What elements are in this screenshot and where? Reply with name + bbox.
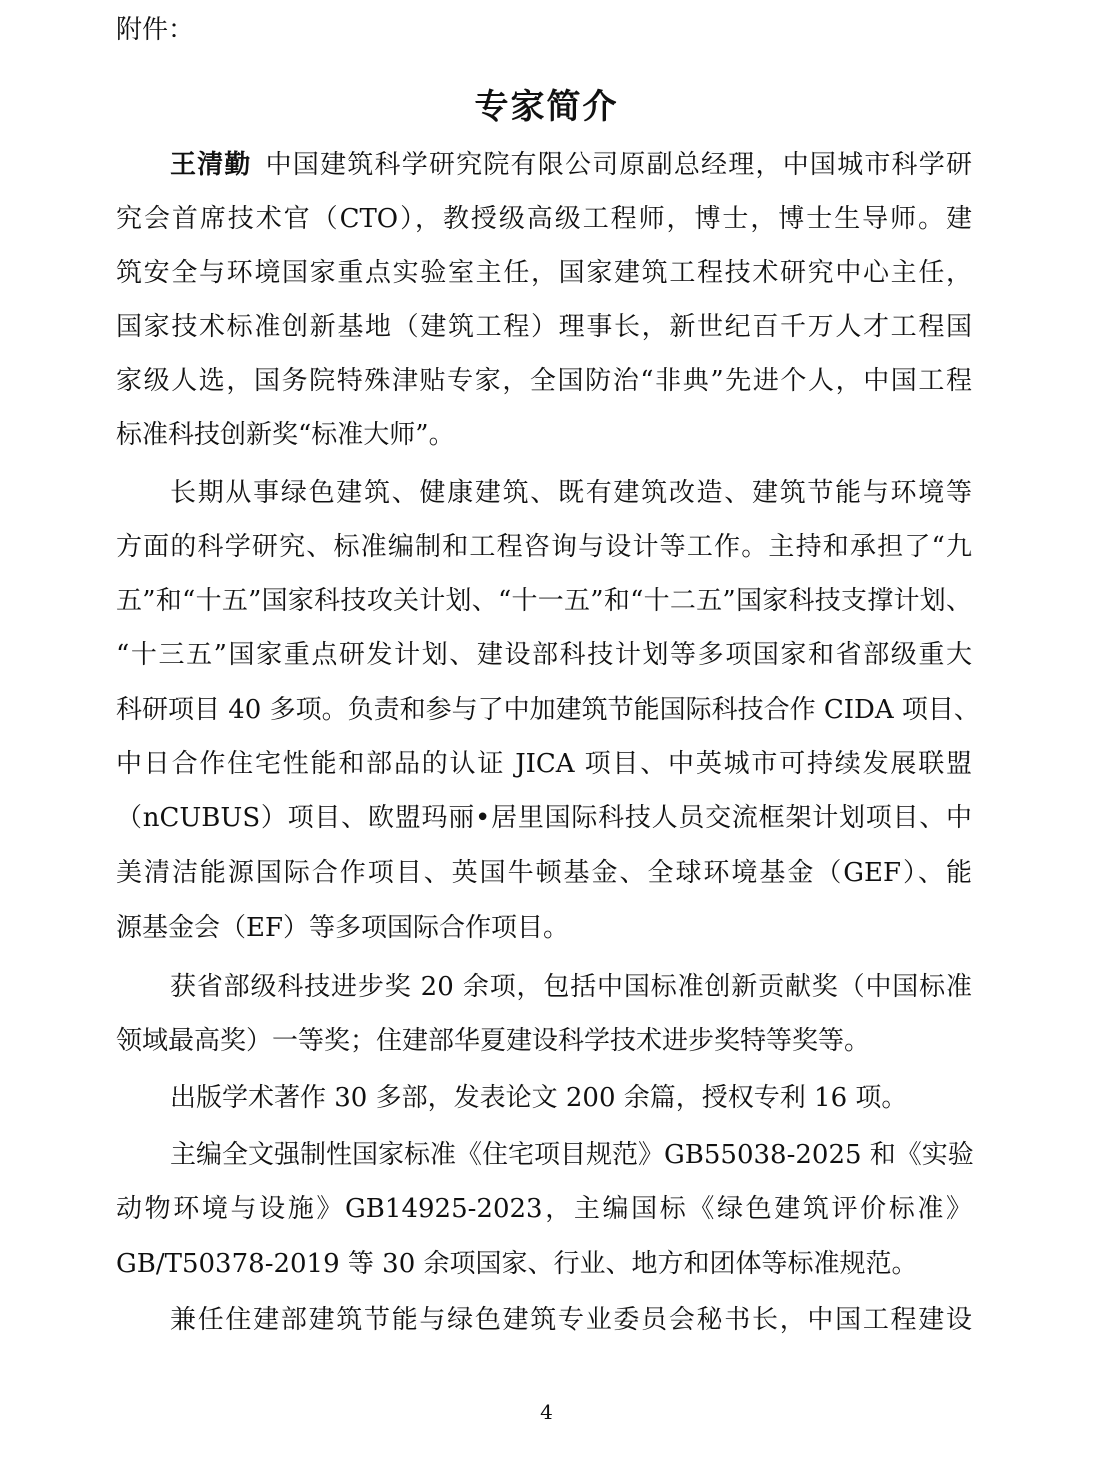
text-line: 领域最高奖）一等奖；住建部华夏建设科学技术进步奖特等奖等。 — [116, 1025, 972, 1057]
text-line: 究会首席技术官（CTO），教授级高级工程师，博士，博士生导师。建 — [116, 203, 972, 235]
text-line: 源基金会（EF）等多项国际合作项目。 — [116, 912, 972, 944]
text-line: 中日合作住宅性能和部品的认证 JICA 项目、中英城市可持续发展联盟 — [116, 748, 972, 780]
text-line: “十三五”国家重点研发计划、建设部科技计划等多项国家和省部级重大 — [116, 639, 972, 671]
text-line: 动物环境与设施》GB14925-2023，主编国标《绿色建筑评价标准》 — [116, 1193, 972, 1225]
text-line: 筑安全与环境国家重点实验室主任，国家建筑工程技术研究中心主任， — [116, 257, 972, 289]
text-line: 兼任住建部建筑节能与绿色建筑专业委员会秘书长，中国工程建设 — [170, 1304, 972, 1336]
page-number: 4 — [0, 1400, 1093, 1424]
text-line: 家级人选，国务院特殊津贴专家，全国防治“非典”先进个人，中国工程 — [116, 365, 972, 397]
text-line: 王清勤中国建筑科学研究院有限公司原副总经理，中国城市科学研 — [170, 149, 972, 181]
text-line: 国家技术标准创新基地（建筑工程）理事长，新世纪百千万人才工程国 — [116, 311, 972, 343]
text-line: 获省部级科技进步奖 20 余项，包括中国标准创新贡献奖（中国标准 — [170, 971, 972, 1003]
text-line: 方面的科学研究、标准编制和工程咨询与设计等工作。主持和承担了“九 — [116, 531, 972, 563]
text-line: 科研项目 40 多项。负责和参与了中加建筑节能国际科技合作 CIDA 项目、 — [116, 694, 972, 726]
text-line: （nCUBUS）项目、欧盟玛丽•居里国际科技人员交流框架计划项目、中 — [116, 802, 972, 834]
text-line: 主编全文强制性国家标准《住宅项目规范》GB55038-2025 和《实验 — [170, 1139, 972, 1171]
text-line: 五”和“十五”国家科技攻关计划、“十一五”和“十二五”国家科技支撑计划、 — [116, 585, 972, 617]
text-line: 标准科技创新奖“标准大师”。 — [116, 419, 972, 451]
text-line: 长期从事绿色建筑、健康建筑、既有建筑改造、建筑节能与环境等 — [170, 477, 972, 509]
expert-name: 王清勤 — [170, 150, 252, 180]
text-line: 出版学术著作 30 多部，发表论文 200 余篇，授权专利 16 项。 — [170, 1082, 972, 1114]
attachment-label: 附件： — [116, 14, 194, 46]
text-line: GB/T50378-2019 等 30 余项国家、行业、地方和团体等标准规范。 — [116, 1248, 972, 1280]
page-title: 专家简介 — [0, 86, 1093, 128]
text-line: 美清洁能源国际合作项目、英国牛顿基金、全球环境基金（GEF）、能 — [116, 857, 972, 889]
